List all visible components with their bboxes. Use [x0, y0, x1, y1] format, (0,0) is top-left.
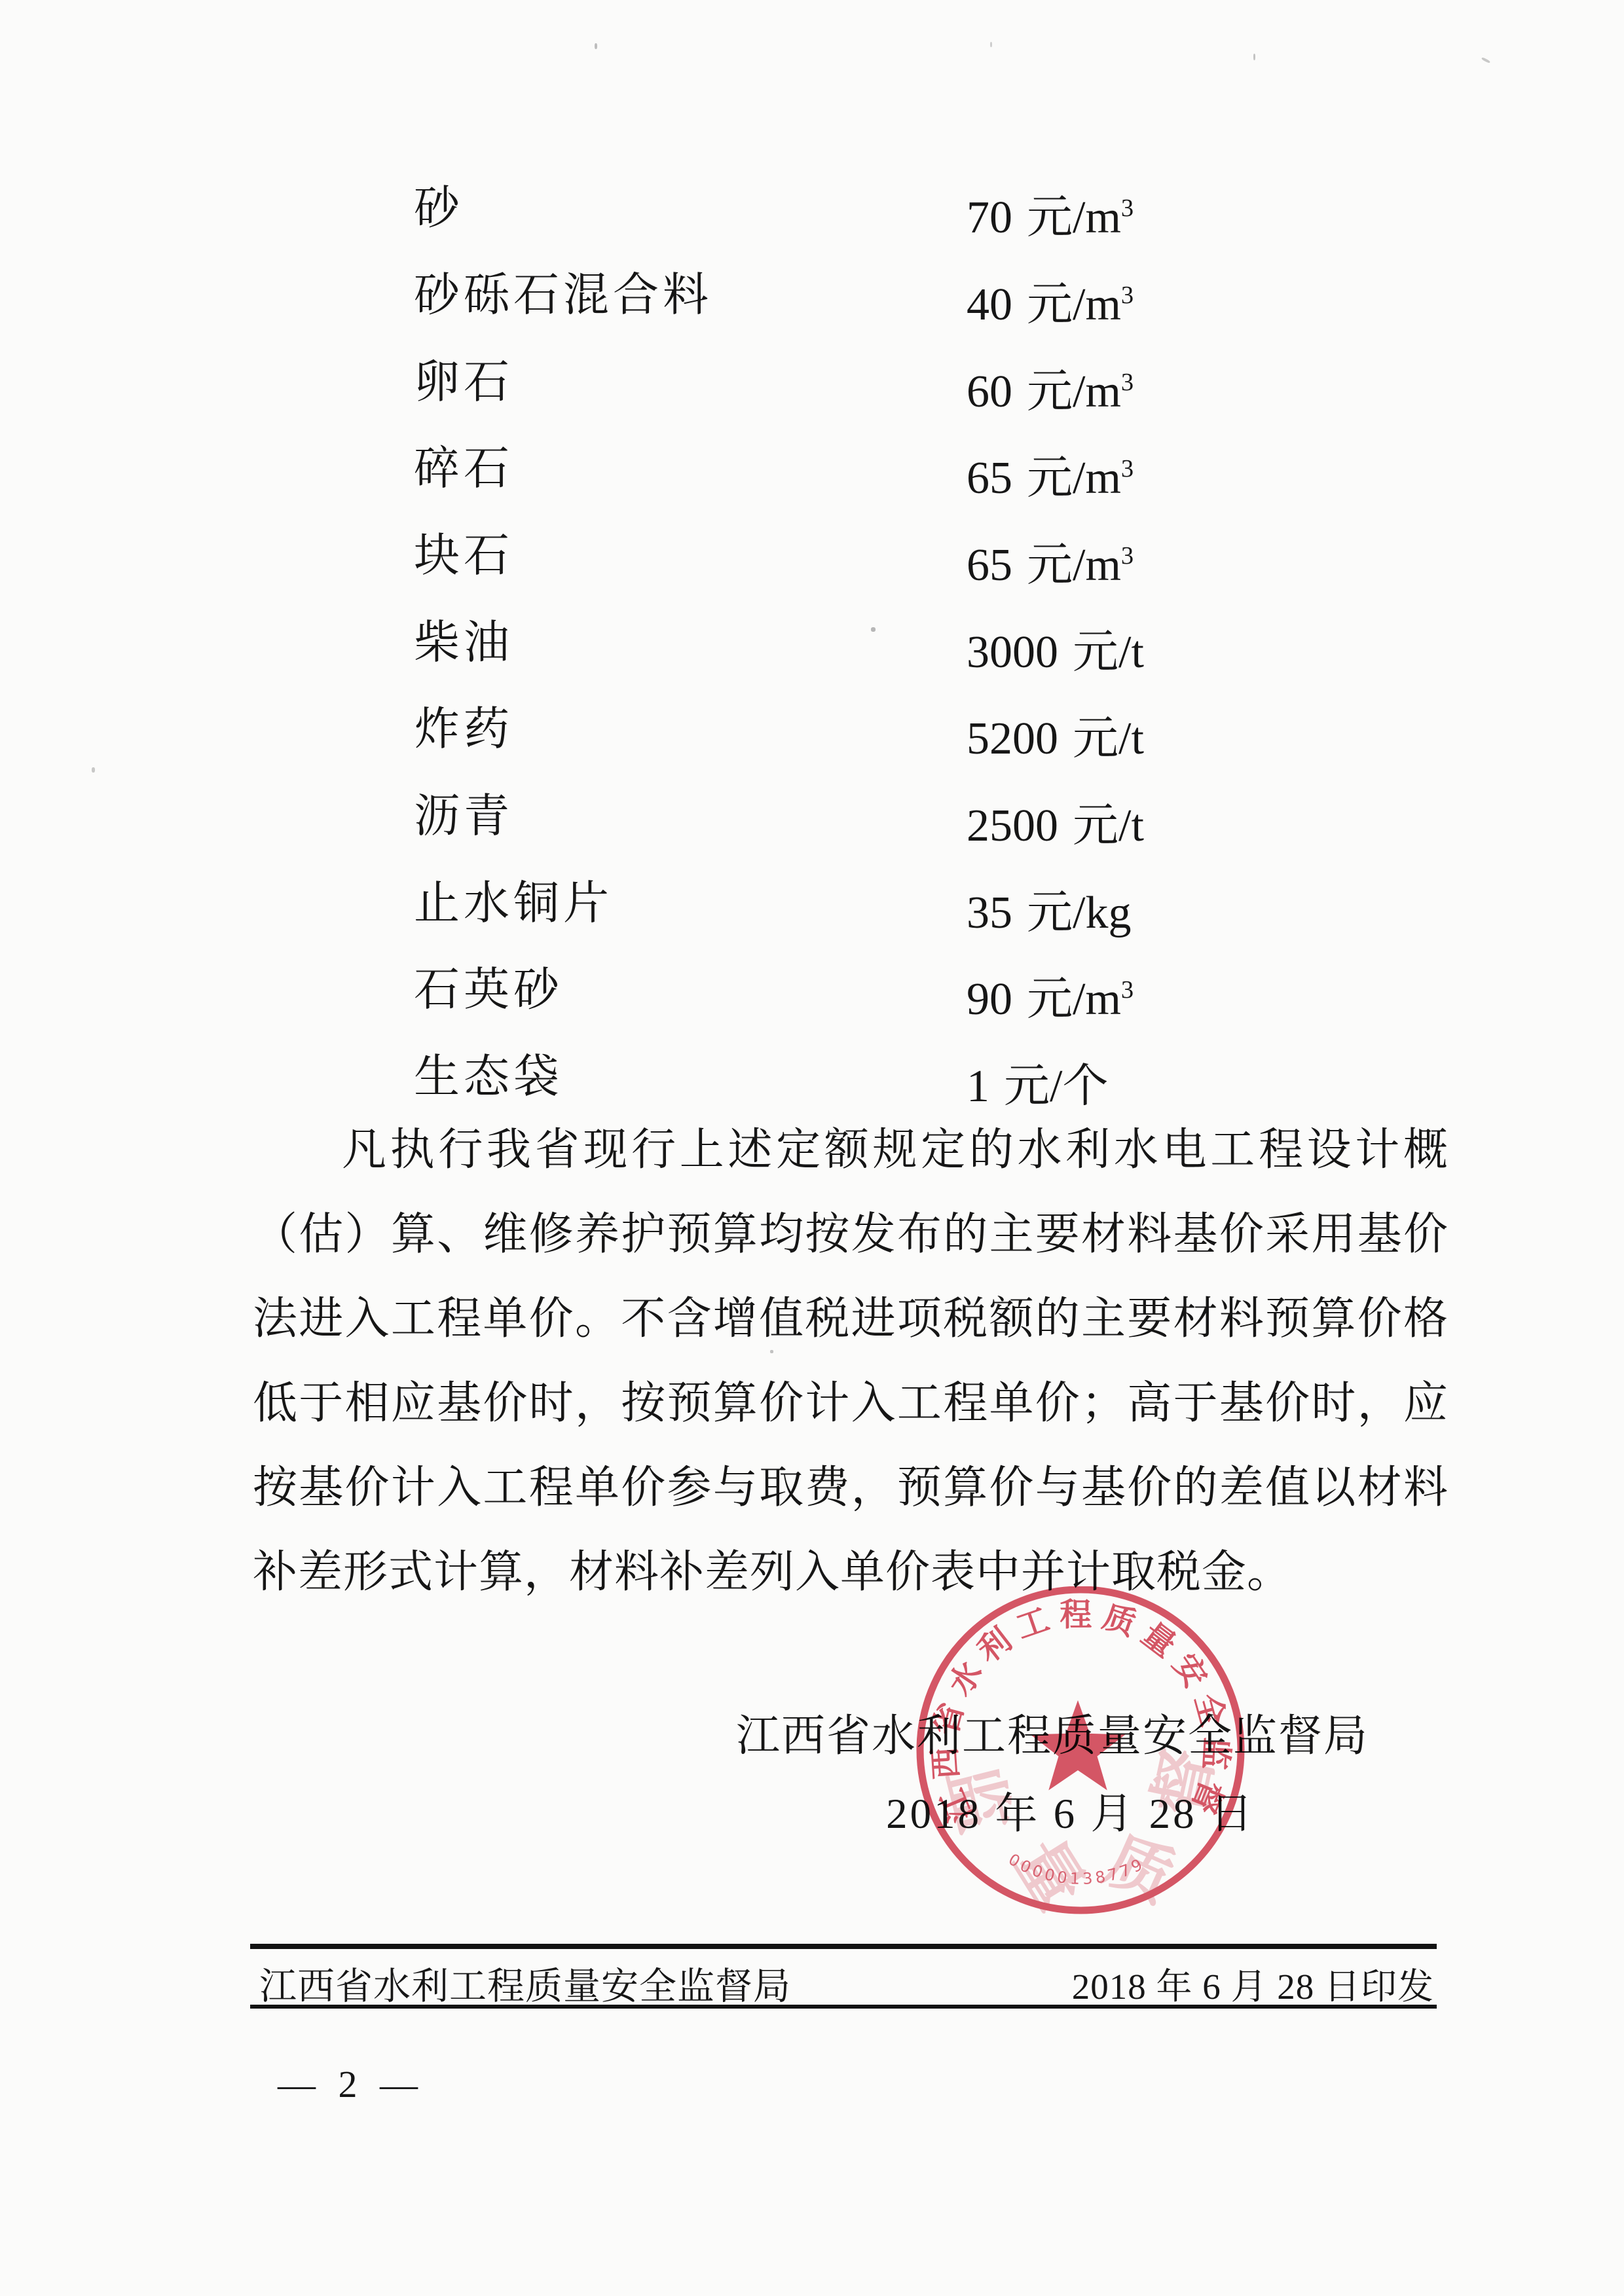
price-unit-exponent: 3: [1121, 455, 1134, 483]
table-row: 碎石 65元/m3: [0, 426, 1624, 513]
table-row: 沥青 2500元/t: [0, 773, 1624, 860]
price-value: 3000: [967, 627, 1058, 678]
price-unit-exponent: 3: [1121, 369, 1134, 396]
price-unit: 元/m: [1027, 453, 1121, 503]
material-name: 柴油: [414, 600, 513, 687]
price-unit: 元/t: [1073, 801, 1144, 851]
price-unit-exponent: 3: [1121, 542, 1134, 570]
material-price: 60元/m3: [967, 339, 1134, 435]
table-row: 块石 65元/m3: [0, 513, 1624, 600]
table-row: 石英砂 90元/m3: [0, 947, 1624, 1034]
scan-noise-speck: [770, 1350, 773, 1353]
scan-noise-speck: [1481, 57, 1490, 64]
document-page: 砂 70元/m3 砂砾石混合料 40元/m3 卵石 60元/m3 碎石 65元/…: [0, 0, 1624, 2296]
material-price: 2500元/t: [967, 773, 1144, 869]
price-value: 35: [967, 888, 1012, 938]
material-price: 35元/kg: [967, 860, 1131, 957]
price-unit: 元/t: [1073, 627, 1144, 678]
scan-noise-speck: [595, 43, 597, 49]
material-name: 块石: [414, 513, 513, 600]
table-row: 柴油 3000元/t: [0, 600, 1624, 687]
table-row: 止水铜片 35元/kg: [0, 860, 1624, 947]
material-price: 70元/m3: [967, 165, 1134, 261]
material-price: 65元/m3: [967, 426, 1134, 522]
footer-rule-bottom: [250, 2005, 1437, 2009]
price-unit: 元/kg: [1027, 888, 1131, 938]
material-name: 石英砂: [414, 947, 563, 1034]
price-value: 65: [967, 453, 1012, 503]
scan-noise-speck: [92, 767, 95, 773]
price-unit-exponent: 3: [1121, 194, 1134, 222]
official-seal-stamp: 江西省水利工程质量安全监督局 00000138779 监 督 质 量: [910, 1586, 1251, 1927]
price-unit-exponent: 3: [1121, 282, 1134, 309]
seal-star-icon: [1031, 1700, 1126, 1791]
material-name: 砂砾石混合料: [414, 252, 712, 339]
material-price: 3000元/t: [967, 600, 1144, 696]
price-value: 1: [967, 1061, 989, 1112]
price-unit: 元/t: [1073, 714, 1144, 764]
table-row: 炸药 5200元/t: [0, 686, 1624, 773]
footer-org: 江西省水利工程质量安全监督局: [259, 1956, 791, 2010]
price-value: 2500: [967, 801, 1058, 851]
material-price: 90元/m3: [967, 947, 1134, 1043]
material-name: 砂: [414, 165, 464, 252]
material-name: 止水铜片: [414, 860, 613, 947]
material-name: 沥青: [414, 773, 513, 860]
price-unit-exponent: 3: [1121, 976, 1134, 1004]
body-paragraph: 凡执行我省现行上述定额规定的水利水电工程设计概（估）算、维修养护预算均按发布的主…: [253, 1108, 1449, 1614]
material-name: 卵石: [414, 339, 513, 426]
material-name: 炸药: [414, 686, 513, 773]
material-price: 65元/m3: [967, 513, 1134, 609]
table-row: 砂砾石混合料 40元/m3: [0, 252, 1624, 339]
price-value: 65: [967, 540, 1012, 591]
price-value: 90: [967, 974, 1012, 1025]
table-row: 卵石 60元/m3: [0, 339, 1624, 426]
footer-issue-date: 2018 年 6 月 28 日印发: [1072, 1958, 1434, 2009]
scan-noise-speck: [1253, 54, 1255, 60]
price-unit: 元/m: [1027, 367, 1121, 417]
price-value: 60: [967, 367, 1012, 417]
scan-noise-speck: [871, 627, 876, 632]
price-value: 70: [967, 192, 1012, 243]
material-price: 40元/m3: [967, 252, 1134, 348]
footer-rule-top: [250, 1944, 1437, 1949]
price-unit: 元/个: [1004, 1061, 1108, 1112]
price-unit: 元/m: [1027, 974, 1121, 1025]
scan-noise-speck: [990, 42, 992, 47]
price-value: 5200: [967, 714, 1058, 764]
page-number: — 2 —: [278, 2062, 424, 2106]
price-unit: 元/m: [1027, 192, 1121, 243]
price-unit: 元/m: [1027, 280, 1121, 330]
material-name: 碎石: [414, 426, 513, 513]
seal-ghost-char: 质: [1094, 1823, 1184, 1916]
material-price: 5200元/t: [967, 686, 1144, 782]
table-row: 砂 70元/m3: [0, 165, 1624, 252]
price-unit: 元/m: [1027, 540, 1121, 591]
price-value: 40: [967, 280, 1012, 330]
